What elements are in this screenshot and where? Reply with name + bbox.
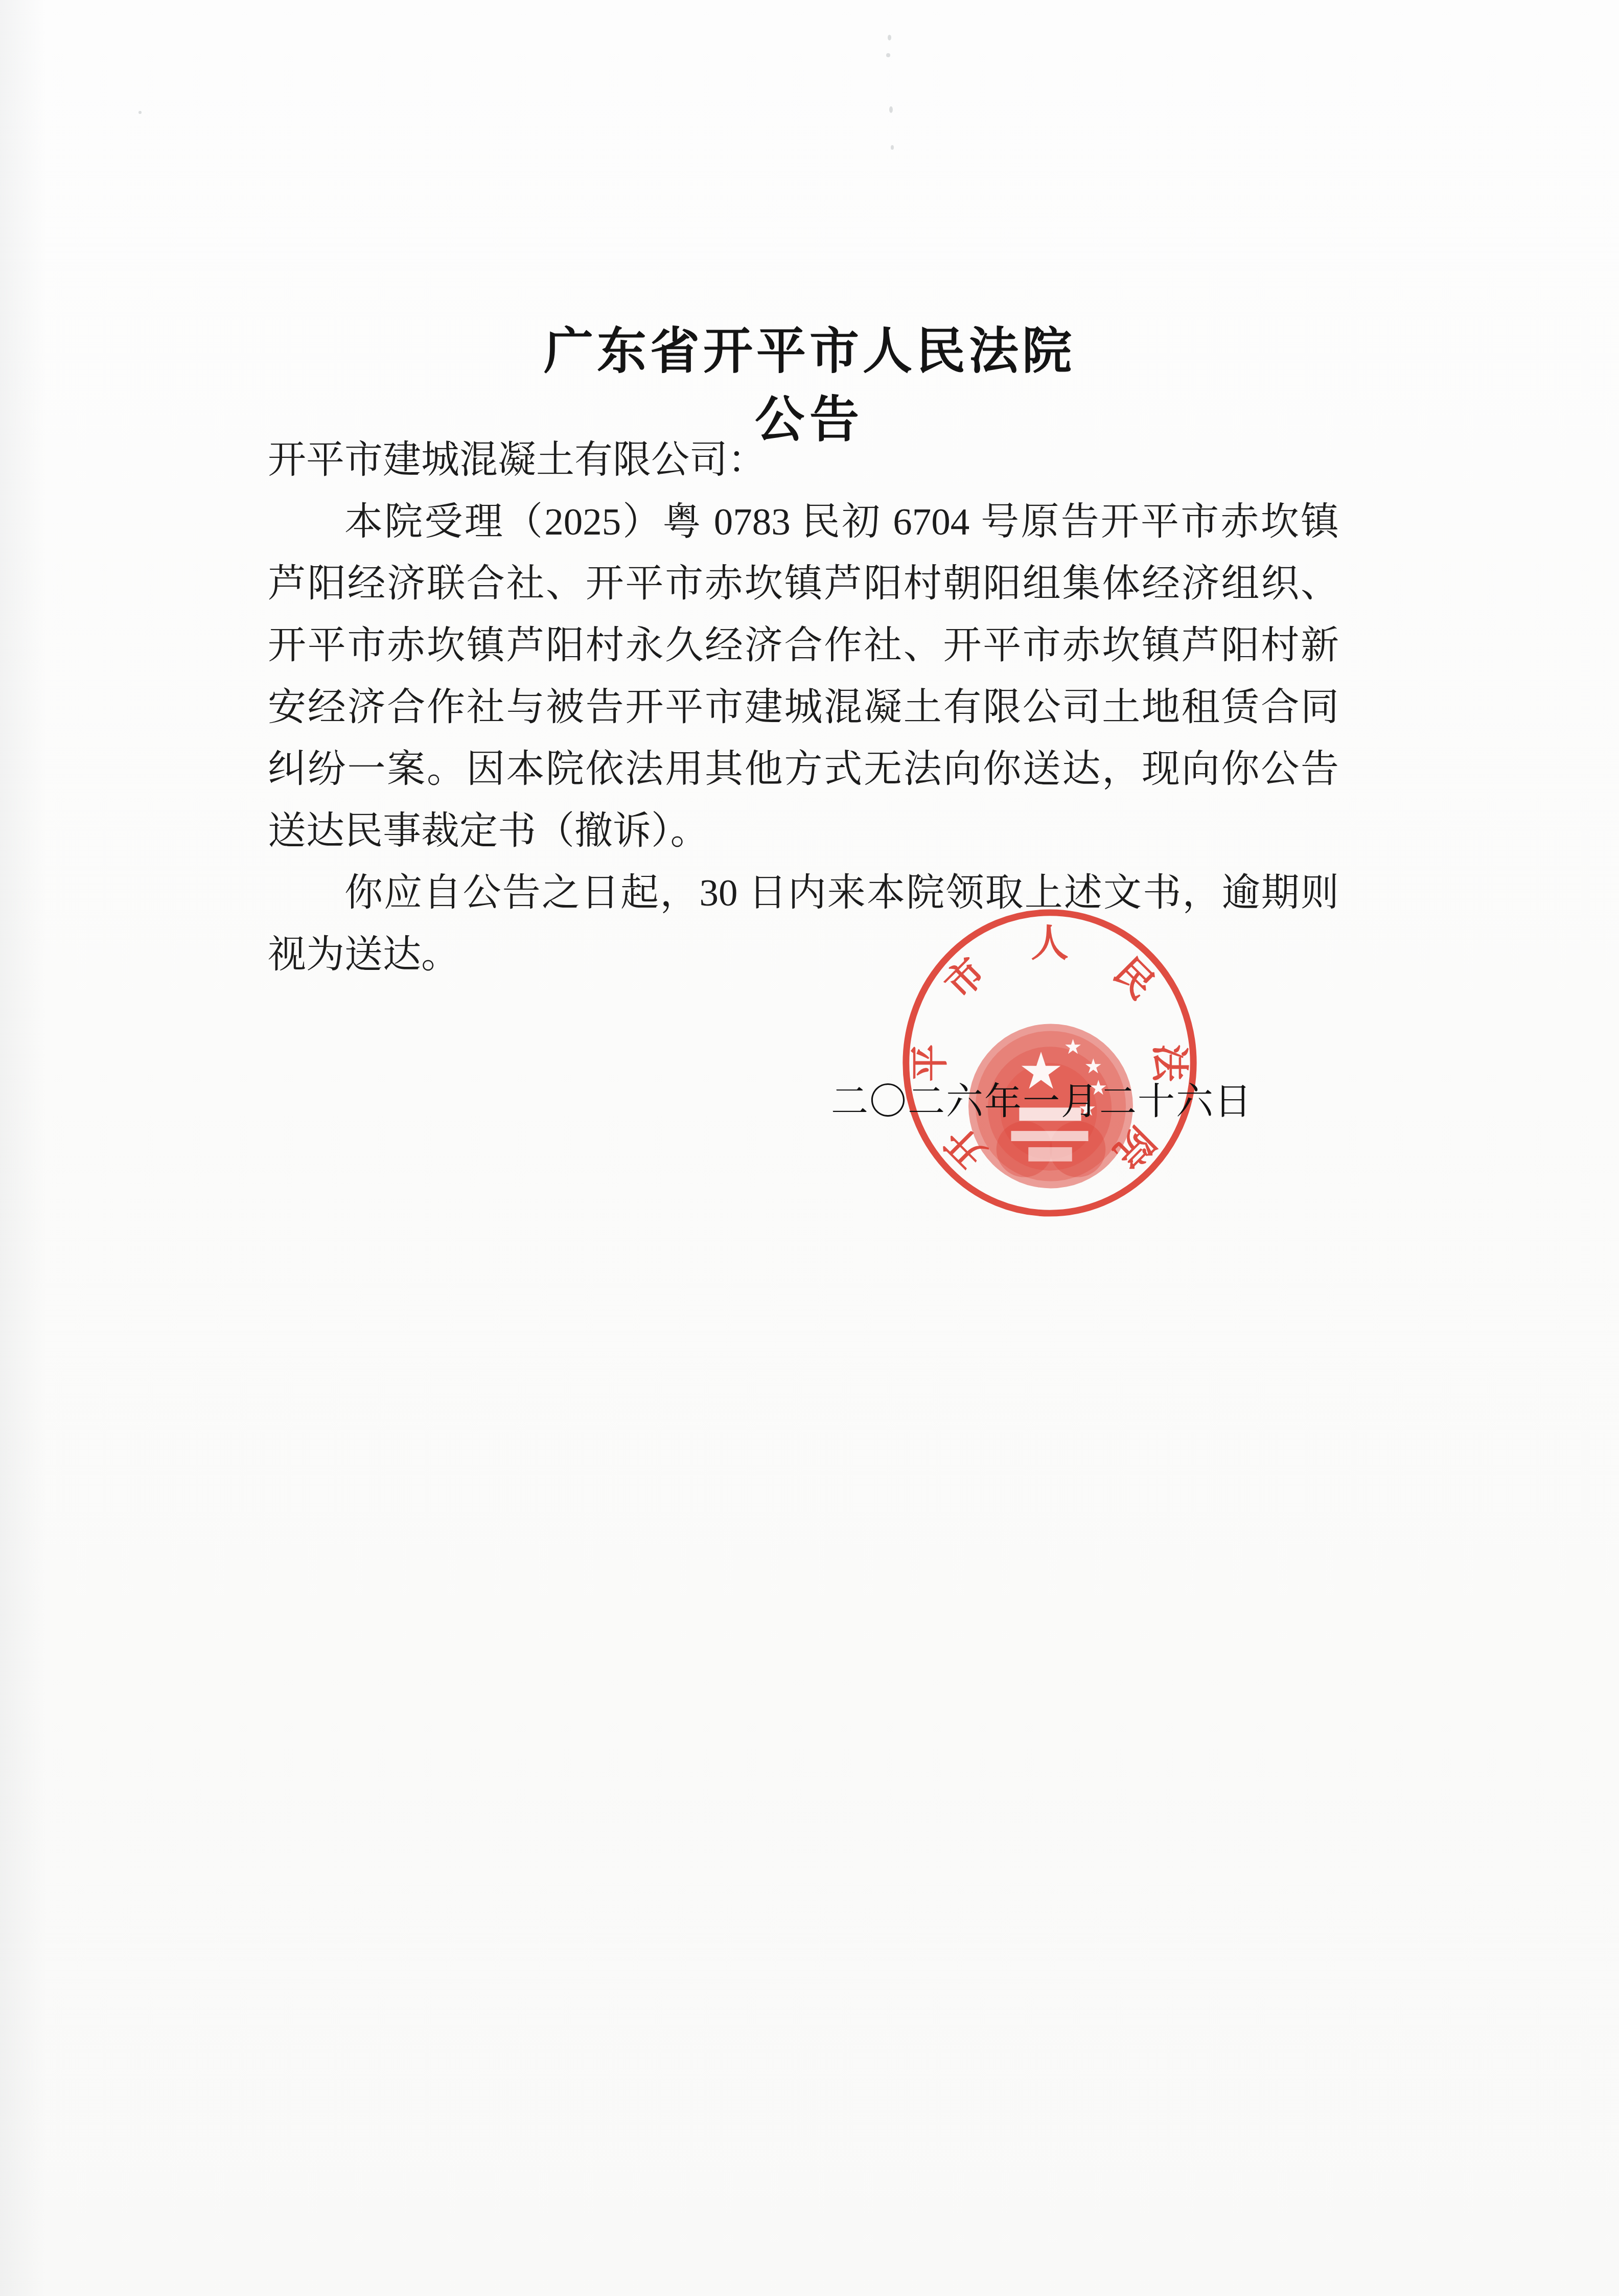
document-date: 二〇二六年一月二十六日 [831,1071,1253,1125]
scan-speck [889,106,893,113]
scan-speck [891,145,894,150]
emblem-small-star-icon: ★ [1064,1035,1082,1059]
scan-speck [886,53,890,57]
emblem-gate-shape [1028,1147,1072,1162]
document-body: 开平市建城混凝土有限公司： 本院受理（2025）粤 0783 民初 6704 号… [268,429,1339,986]
court-seal: ★ ★ ★ ★ ★ 开平市人民法院 [895,906,1204,1220]
scan-speck [888,35,891,40]
scanned-court-announcement-page: 广东省开平市人民法院 公告 开平市建城混凝土有限公司： 本院受理（2025）粤 … [0,0,1619,2296]
scan-speck [138,111,142,114]
salutation: 开平市建城混凝土有限公司： [268,429,1339,491]
emblem-gate-shape [1011,1131,1088,1141]
seal-arc-char: 人 [1031,922,1069,964]
paragraph-case-notice: 本院受理（2025）粤 0783 民初 6704 号原告开平市赤坎镇芦阳经济联合… [268,491,1339,862]
document-title: 广东省开平市人民法院 [0,311,1619,382]
